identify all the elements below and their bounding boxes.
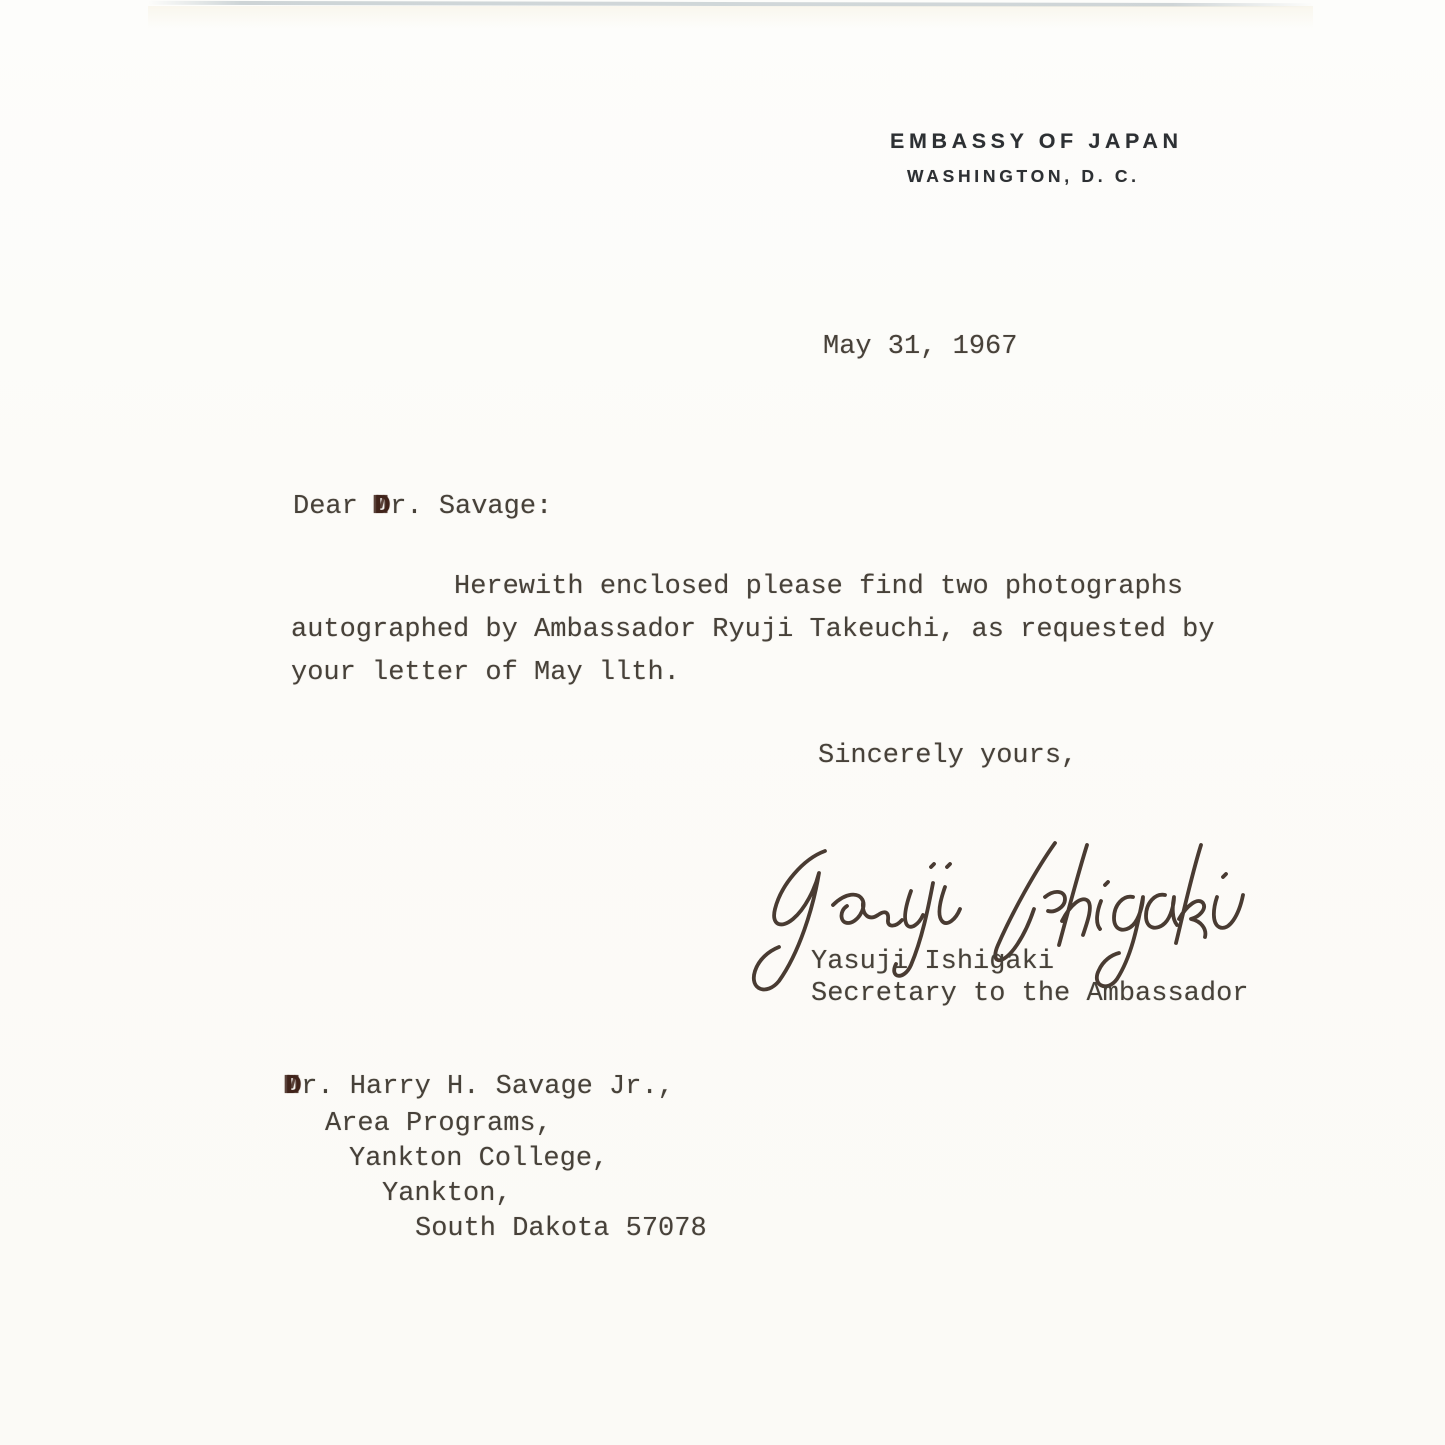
recipient-name-rest: r. Harry H. Savage Jr., bbox=[301, 1072, 674, 1102]
recipient-name-line: MDr. Harry H. Savage Jr., bbox=[285, 1070, 674, 1104]
salutation-rest: r. Savage: bbox=[390, 492, 552, 522]
recipient-state-zip-line: South Dakota 57078 bbox=[415, 1212, 707, 1246]
corrected-letter: D bbox=[375, 490, 391, 524]
scanned-letter-page: EMBASSY OF JAPAN WASHINGTON, D. C. May 3… bbox=[0, 0, 1445, 1445]
letterhead-city: WASHINGTON, D. C. bbox=[907, 165, 1140, 187]
complimentary-closing: Sincerely yours, bbox=[818, 739, 1077, 773]
letterhead-org-name: EMBASSY OF JAPAN bbox=[890, 128, 1183, 154]
corrected-letter: D bbox=[286, 1070, 302, 1104]
paper-top-edge-shadow bbox=[148, 6, 1313, 28]
recipient-dept-line: Area Programs, bbox=[325, 1107, 552, 1141]
date-line: May 31, 1967 bbox=[823, 330, 1017, 364]
overtyped-correction: MD bbox=[285, 1070, 301, 1097]
recipient-city-line: Yankton, bbox=[382, 1177, 512, 1211]
overtyped-correction: MD bbox=[374, 490, 390, 517]
salutation: Dear MDr. Savage: bbox=[293, 490, 552, 524]
body-paragraph: Herewith enclosed please find two photog… bbox=[291, 566, 1257, 695]
signer-title: Secretary to the Ambassador bbox=[811, 977, 1248, 1011]
signer-typed-name: Yasuji Ishigaki bbox=[811, 945, 1054, 979]
recipient-college-line: Yankton College, bbox=[349, 1142, 608, 1176]
salutation-prefix: Dear bbox=[293, 492, 374, 522]
